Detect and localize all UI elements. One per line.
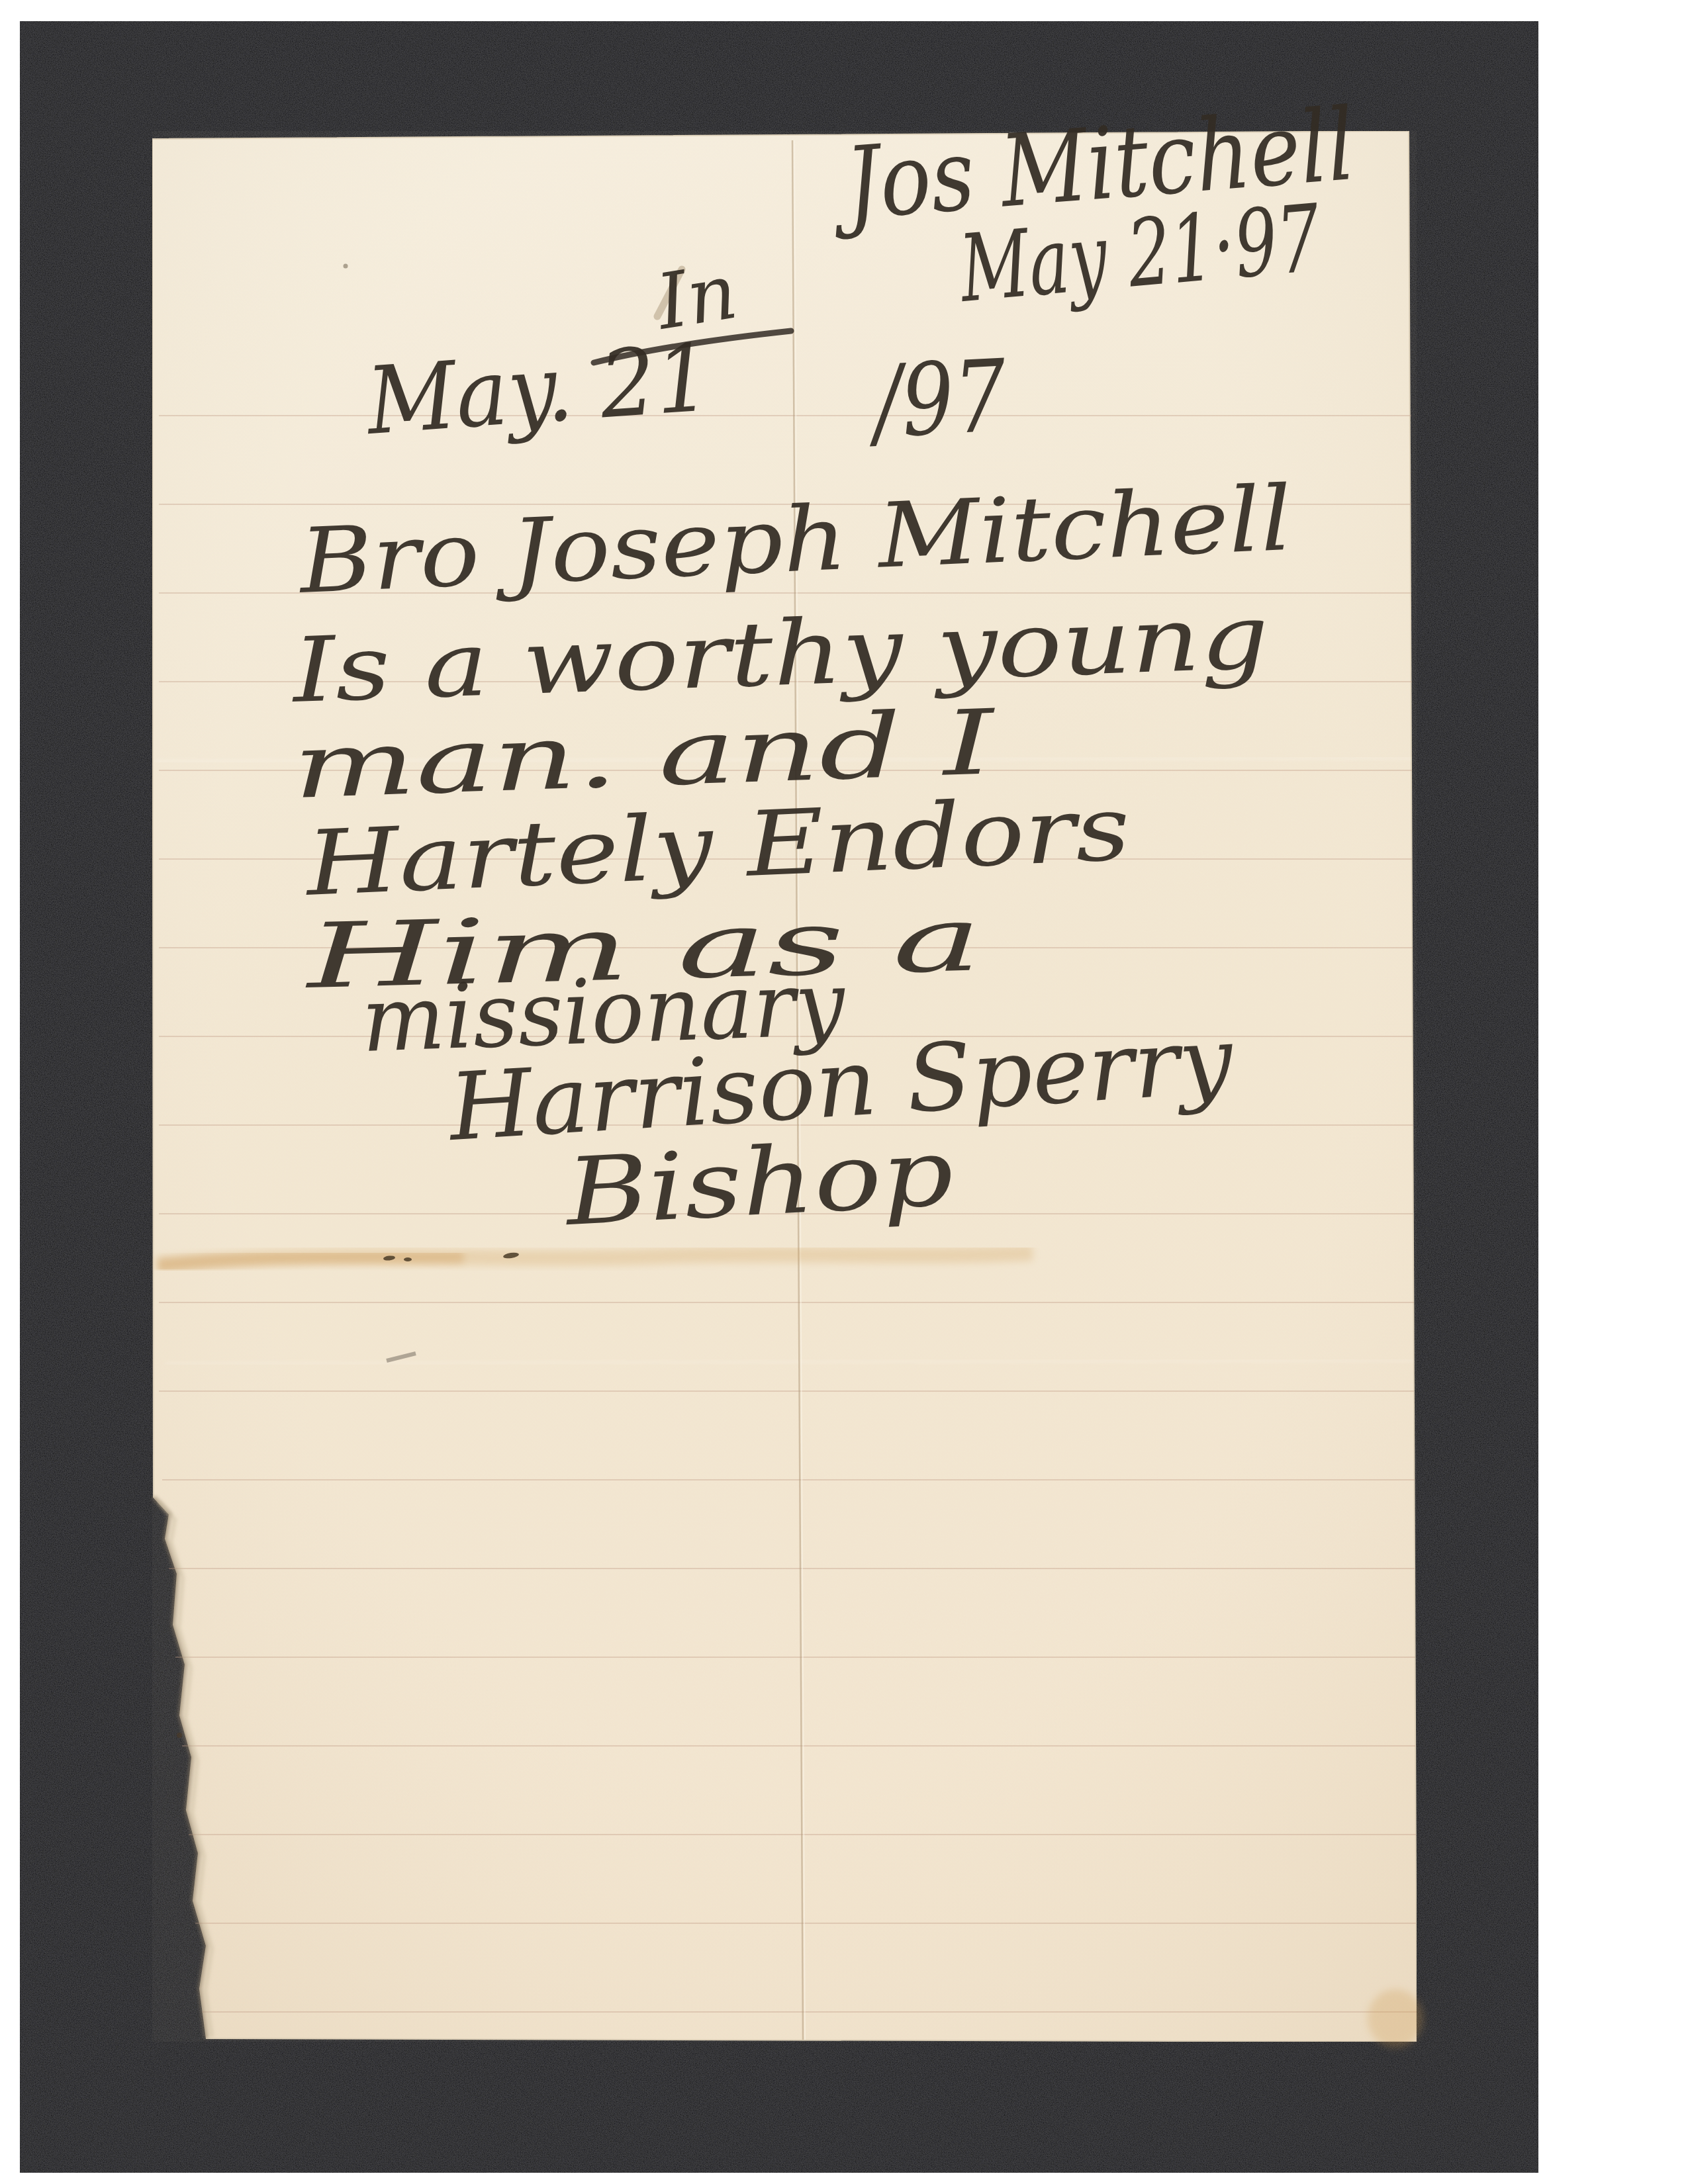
heading-year-text: /97 [865, 339, 1009, 461]
letter-scan: Jos Mitchell May 21·97 In May. 21 /97 Br… [0, 0, 1688, 2184]
signature-title-text: Bishop [561, 1119, 956, 1248]
corner-stain [1368, 1989, 1423, 2048]
scanned-letter-page: Jos Mitchell May 21·97 In May. 21 /97 Br… [0, 0, 1688, 2184]
